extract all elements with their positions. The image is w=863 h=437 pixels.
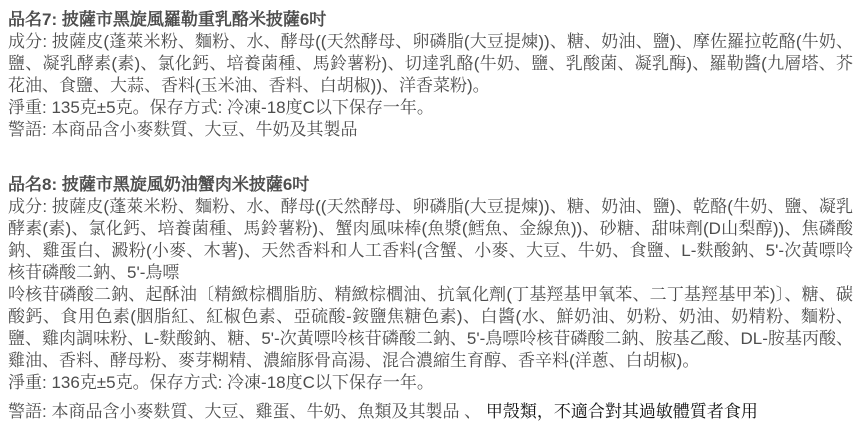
product-8-ingredients-part2: 呤核苷磷酸二鈉、起酥油〔精緻棕櫚脂肪、精緻棕櫚油、抗氧化劑(丁基羥基甲氧苯、二丁…	[8, 285, 853, 370]
product-7-section: 品名7: 披薩市黑旋風羅勒重乳酪米披薩6吋 成分: 披薩皮(蓬萊米粉、麵粉、水、…	[8, 9, 853, 141]
product-7-warning: 警語: 本商品含小麥麩質、大豆、牛奶及其製品	[8, 119, 853, 141]
product-spec-document: 品名7: 披薩市黑旋風羅勒重乳酪米披薩6吋 成分: 披薩皮(蓬萊米粉、麵粉、水、…	[0, 0, 863, 437]
product-7-weight-storage: 淨重: 135克±5克。保存方式: 冷凍-18度C以下保存一年。	[8, 97, 853, 119]
product-8-weight-storage: 淨重: 136克±5克。保存方式: 冷凍-18度C以下保存一年。	[8, 372, 853, 394]
product-8-ingredients-part1: 成分: 披薩皮(蓬萊米粉、麵粉、水、酵母((天然酵母、卵磷脂(大豆提煉))、糖、…	[8, 197, 853, 282]
product-7-ingredients: 成分: 披薩皮(蓬萊米粉、麵粉、水、酵母((天然酵母、卵磷脂(大豆提煉))、糖、…	[8, 31, 853, 97]
product-8-warning: 警語: 本商品含小麥麩質、大豆、雞蛋、牛奶、魚類及其製品 、 甲殼類，不適合對其…	[8, 401, 853, 423]
product-7-title: 品名7: 披薩市黑旋風羅勒重乳酪米披薩6吋	[8, 9, 853, 31]
product-8-section: 品名8: 披薩市黑旋風奶油蟹肉米披薩6吋 成分: 披薩皮(蓬萊米粉、麵粉、水、酵…	[8, 174, 853, 423]
product-8-warning-allergens: 警語: 本商品含小麥麩質、大豆、雞蛋、牛奶、魚類及其製品 、	[8, 402, 486, 421]
product-8-ingredients: 成分: 披薩皮(蓬萊米粉、麵粉、水、酵母((天然酵母、卵磷脂(大豆提煉))、糖、…	[8, 196, 853, 372]
product-8-warning-shellfish-note: 甲殼類，不適合對其過敏體質者食用	[486, 402, 758, 421]
product-8-title: 品名8: 披薩市黑旋風奶油蟹肉米披薩6吋	[8, 174, 853, 196]
